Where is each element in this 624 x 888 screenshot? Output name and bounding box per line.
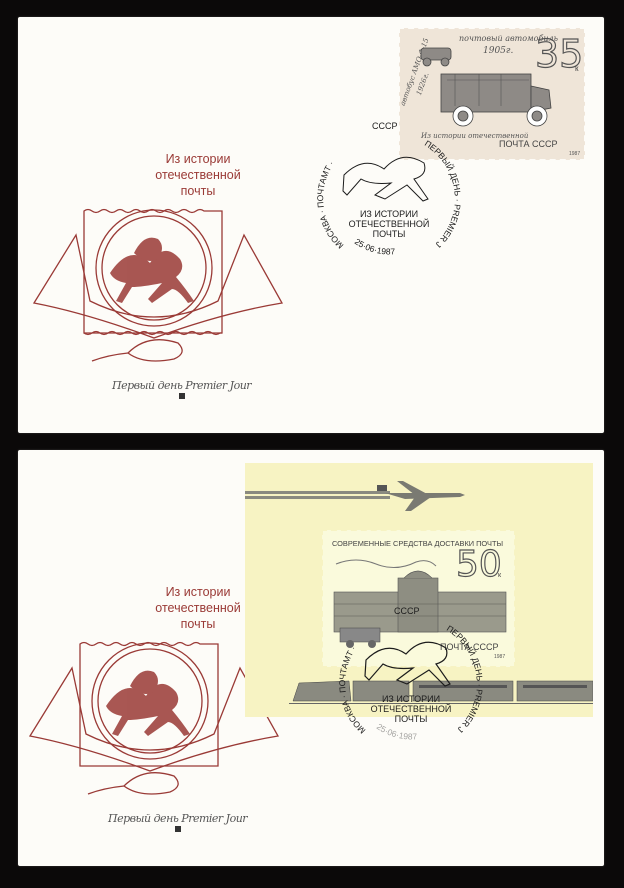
postmark-date: 25·06·1987 xyxy=(375,721,418,741)
svg-text:25·06·1987: 25·06·1987 xyxy=(353,236,396,256)
post-horn-rider-icon xyxy=(28,636,280,806)
postmark-line: ПОЧТЫ xyxy=(395,714,428,724)
post-horn-rider-icon xyxy=(32,203,284,373)
stamp-country: ПОЧТА СССР xyxy=(499,139,557,149)
first-day-square-icon xyxy=(175,826,181,832)
postmark-cancellation: МОСКВА · ПОЧТАМТ · ПЕРВЫЙ ДЕНЬ · PREMIER… xyxy=(336,600,486,750)
stamp-unit: к xyxy=(575,64,579,73)
postmark-line: ОТЕЧЕСТВЕННОЙ xyxy=(371,703,452,714)
airplane-icon xyxy=(245,477,485,517)
first-day-cover-1: Из истории отечественной почты Первый де… xyxy=(18,17,604,433)
postmark-line: ИЗ ИСТОРИИ xyxy=(382,694,440,704)
first-day-square-icon xyxy=(179,393,185,399)
postmark-line: ИЗ ИСТОРИИ xyxy=(360,209,418,219)
postmark-ring-left: МОСКВА · ПОЧТАМТ · xyxy=(337,644,367,736)
cachet-title-line: почты xyxy=(118,183,278,199)
postmark-date: 25·06·1987 xyxy=(353,236,396,256)
postmark-cancellation: МОСКВА · ПОЧТАМТ · ПЕРВЫЙ ДЕНЬ · PREMIER… xyxy=(314,115,464,265)
svg-text:25·06·1987: 25·06·1987 xyxy=(375,721,418,741)
postmark-top: СССР xyxy=(372,121,398,131)
first-day-cover-2: Из истории отечественной почты Первый де… xyxy=(18,450,604,866)
postmark-line: ОТЕЧЕСТВЕННОЙ xyxy=(349,218,430,229)
first-day-mark: Первый день Premier Jour xyxy=(112,379,251,399)
first-day-mark-text: Первый день Premier Jour xyxy=(112,379,251,392)
cachet-title-line: Из истории xyxy=(118,151,278,167)
first-day-mark: Первый день Premier Jour xyxy=(108,812,247,832)
svg-text:МОСКВА · ПОЧТАМТ ·: МОСКВА · ПОЧТАМТ · xyxy=(315,159,345,251)
cachet-title: Из истории отечественной почты xyxy=(118,151,278,199)
postmark-line: ПОЧТЫ xyxy=(373,229,406,239)
svg-text:МОСКВА · ПОЧТАМТ ·: МОСКВА · ПОЧТАМТ · xyxy=(337,644,367,736)
stamp-year: 1987 xyxy=(494,654,505,660)
stamp-year: 1987 xyxy=(569,151,580,157)
cachet-title-line: отечественной xyxy=(118,167,278,183)
postmark-ring-left: МОСКВА · ПОЧТАМТ · xyxy=(315,159,345,251)
postmark-top: СССР xyxy=(394,606,420,616)
first-day-mark-text: Первый день Premier Jour xyxy=(108,812,247,825)
